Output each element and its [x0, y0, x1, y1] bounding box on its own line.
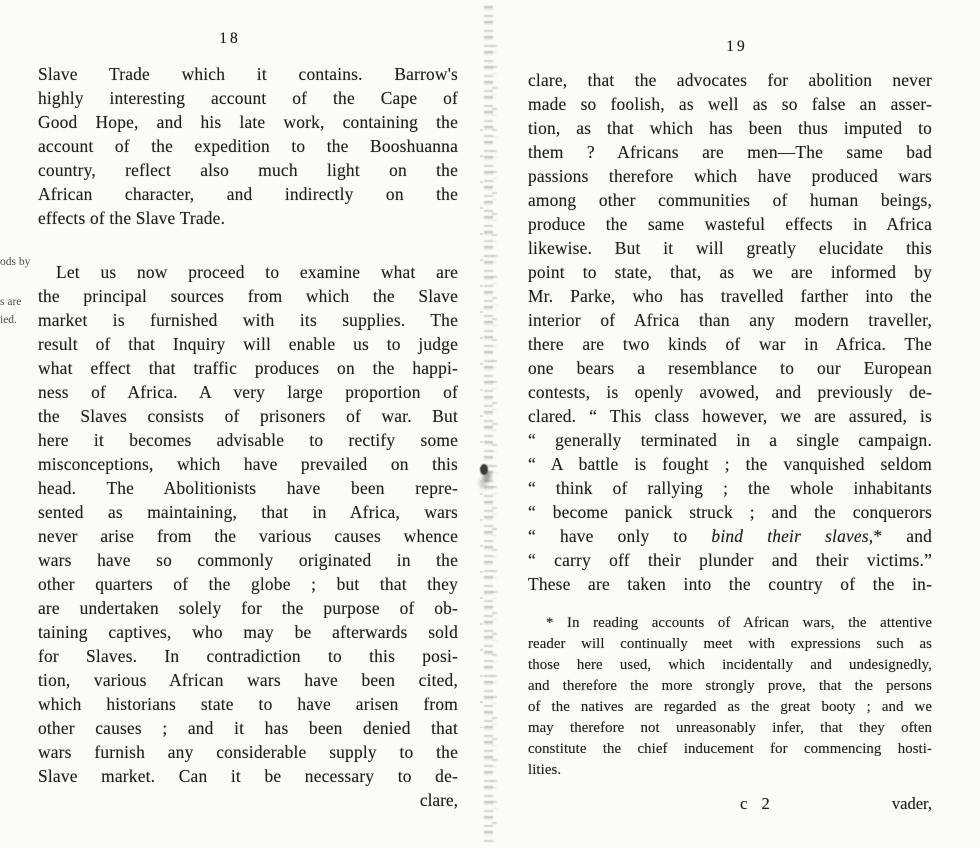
- text-line: wars furnish any considerable supply to …: [38, 740, 458, 764]
- text-line: other quarters of the globe ; but that t…: [38, 572, 458, 596]
- text-run: clare, that the advocates for abolition …: [528, 70, 932, 90]
- text-line: those here used, which incidentally and …: [528, 655, 932, 676]
- text-line: Good Hope, and his late work, containing…: [38, 110, 458, 134]
- text-run: the principal sources from which the Sla…: [38, 286, 458, 306]
- text-line: African character, and indirectly on the: [38, 182, 458, 206]
- text-run: constitute the chief inducement for comm…: [528, 741, 932, 757]
- text-run: those here used, which incidentally and …: [528, 657, 932, 673]
- text-line: for Slaves. In contradiction to this pos…: [38, 644, 458, 668]
- page-number-right: 19: [535, 36, 939, 58]
- text-line: * In reading accounts of African wars, t…: [528, 613, 932, 634]
- text-run: ,* and: [869, 526, 932, 546]
- text-run: for Slaves. In contradiction to this pos…: [38, 646, 458, 666]
- bottom-row: c 2 vader,: [528, 793, 932, 815]
- left-paragraph-1: Slave Trade which it contains. Barrow'sh…: [38, 62, 458, 230]
- catchword-right: vader,: [892, 793, 932, 815]
- text-line: produce the same wasteful effects in Afr…: [528, 212, 932, 236]
- text-line: of the natives are regarded as the great…: [528, 697, 932, 718]
- text-run: head. The Abolitionists have been repre-: [38, 478, 458, 498]
- text-line: the Slaves consists of prisoners of war.…: [38, 404, 458, 428]
- text-line: market is furnished with its supplies. T…: [38, 308, 458, 332]
- text-run: country, reflect also much light on the: [38, 160, 458, 180]
- text-run: never arise from the various causes when…: [38, 526, 458, 546]
- text-run: may therefore not unreasonably infer, th…: [528, 720, 932, 736]
- left-paragraph-2: Let us now proceed to examine what areth…: [38, 260, 458, 788]
- text-run: likewise. But it will greatly elucidate …: [528, 238, 932, 258]
- catchword-left: clare,: [38, 788, 458, 812]
- signature-mark: c 2: [740, 793, 775, 815]
- text-run: one bears a resemblance to our European: [528, 358, 932, 378]
- text-line: Mr. Parke, who has travelled farther int…: [528, 284, 932, 308]
- text-run: contests, is openly avowed, and previous…: [528, 382, 932, 402]
- text-line: effects of the Slave Trade.: [38, 206, 458, 230]
- text-run: wars furnish any considerable supply to …: [38, 742, 458, 762]
- text-line: constitute the chief inducement for comm…: [528, 739, 932, 760]
- text-run: result of that Inquiry will enable us to…: [38, 334, 458, 354]
- text-line: other causes ; and it has been denied th…: [38, 716, 458, 740]
- text-run: the Slaves consists of prisoners of war.…: [38, 406, 458, 426]
- text-run: them ? Africans are men—The same bad: [528, 142, 932, 162]
- text-run: of the natives are regarded as the great…: [528, 699, 932, 715]
- left-page: 18 Slave Trade which it contains. Barrow…: [38, 28, 458, 812]
- text-line: misconceptions, which have prevailed on …: [38, 452, 458, 476]
- text-run: here it becomes advisable to rectify som…: [38, 430, 458, 450]
- gutter-speckle-column: [484, 6, 493, 844]
- text-run: Slave market. Can it be necessary to de-: [38, 766, 458, 786]
- text-run: sented as maintaining, that in Africa, w…: [38, 502, 458, 522]
- text-line: “ A battle is fought ; the vanquished se…: [528, 452, 932, 476]
- text-line: among other communities of human beings,: [528, 188, 932, 212]
- text-line: never arise from the various causes when…: [38, 524, 458, 548]
- italic-run: bind their slaves: [711, 526, 868, 546]
- text-run: These are taken into the country of the …: [528, 574, 932, 594]
- text-line: highly interesting account of the Cape o…: [38, 86, 458, 110]
- text-run: * In reading accounts of African wars, t…: [546, 615, 932, 631]
- text-run: “ have only to: [528, 526, 711, 546]
- text-line: sented as maintaining, that in Africa, w…: [38, 500, 458, 524]
- text-run: reader will continually meet with expres…: [528, 636, 932, 652]
- text-run: clared. “ This class however, we are ass…: [528, 406, 932, 426]
- text-line: tion, various African wars have been cit…: [38, 668, 458, 692]
- text-line: Slave Trade which it contains. Barrow's: [38, 62, 458, 86]
- text-line: are undertaken solely for the purpose of…: [38, 596, 458, 620]
- text-line: and therefore the more strongly prove, t…: [528, 676, 932, 697]
- right-page: 19 clare, that the advocates for aboliti…: [528, 36, 932, 815]
- text-run: “ become panick struck ; and the conquer…: [528, 502, 932, 522]
- text-run: what effect that traffic produces on the…: [38, 358, 458, 378]
- text-run: among other communities of human beings,: [528, 190, 932, 210]
- text-line: Slave market. Can it be necessary to de-: [38, 764, 458, 788]
- text-line: there are two kinds of war in Africa. Th…: [528, 332, 932, 356]
- text-run: lities.: [528, 762, 561, 778]
- text-line: made so foolish, as well as so false an …: [528, 92, 932, 116]
- text-run: other quarters of the globe ; but that t…: [38, 574, 458, 594]
- margin-note-fragment: s are: [0, 296, 21, 309]
- text-run: point to state, that, as we are informed…: [528, 262, 932, 282]
- text-line: likewise. But it will greatly elucidate …: [528, 236, 932, 260]
- book-binding-gutter: [477, 0, 503, 848]
- text-run: made so foolish, as well as so false an …: [528, 94, 932, 114]
- text-line: “ have only to bind their slaves,* and: [528, 524, 932, 548]
- text-line: ness of Africa. A very large proportion …: [38, 380, 458, 404]
- text-run: wars have so commonly originated in the: [38, 550, 458, 570]
- text-run: passions therefore which have produced w…: [528, 166, 932, 186]
- text-line: what effect that traffic produces on the…: [38, 356, 458, 380]
- text-run: market is furnished with its supplies. T…: [38, 310, 458, 330]
- text-line: the principal sources from which the Sla…: [38, 284, 458, 308]
- text-run: account of the expedition to the Booshua…: [38, 136, 458, 156]
- text-run: ness of Africa. A very large proportion …: [38, 382, 458, 402]
- text-run: Slave Trade which it contains. Barrow's: [38, 64, 458, 84]
- text-run: Good Hope, and his late work, containing…: [38, 112, 458, 132]
- margin-note-fragment: ods by: [0, 256, 30, 269]
- text-line: wars have so commonly originated in the: [38, 548, 458, 572]
- text-line: Let us now proceed to examine what are: [38, 260, 458, 284]
- text-line: clare, that the advocates for abolition …: [528, 68, 932, 92]
- text-run: which historians state to have arisen fr…: [38, 694, 458, 714]
- text-line: country, reflect also much light on the: [38, 158, 458, 182]
- text-line: one bears a resemblance to our European: [528, 356, 932, 380]
- text-line: here it becomes advisable to rectify som…: [38, 428, 458, 452]
- gutter-speckle-column: [492, 40, 497, 828]
- text-line: passions therefore which have produced w…: [528, 164, 932, 188]
- text-line: These are taken into the country of the …: [528, 572, 932, 596]
- gutter-speckle-column: [480, 120, 483, 728]
- text-run: “ think of rallying ; the whole inhabita…: [528, 478, 932, 498]
- text-run: “ generally terminated in a single campa…: [528, 430, 932, 450]
- text-run: other causes ; and it has been denied th…: [38, 718, 458, 738]
- text-line: “ become panick struck ; and the conquer…: [528, 500, 932, 524]
- text-run: tion, various African wars have been cit…: [38, 670, 458, 690]
- text-run: Mr. Parke, who has travelled farther int…: [528, 286, 932, 306]
- text-line: may therefore not unreasonably infer, th…: [528, 718, 932, 739]
- text-line: tion, as that which has been thus impute…: [528, 116, 932, 140]
- text-line: result of that Inquiry will enable us to…: [38, 332, 458, 356]
- text-run: African character, and indirectly on the: [38, 184, 458, 204]
- text-run: highly interesting account of the Cape o…: [38, 88, 458, 108]
- text-run: tion, as that which has been thus impute…: [528, 118, 932, 138]
- text-run: Let us now proceed to examine what are: [56, 262, 458, 282]
- text-line: “ carry off their plunder and their vict…: [528, 548, 932, 572]
- page-number-left: 18: [20, 28, 440, 50]
- right-main-text: clare, that the advocates for abolition …: [528, 68, 932, 596]
- text-line: clared. “ This class however, we are ass…: [528, 404, 932, 428]
- text-run: taining captives, who may be afterwards …: [38, 622, 458, 642]
- margin-note-fragment: ied.: [0, 314, 17, 327]
- text-line: which historians state to have arisen fr…: [38, 692, 458, 716]
- gutter-ink-blot: [480, 464, 488, 475]
- text-run: and therefore the more strongly prove, t…: [528, 678, 932, 694]
- text-run: “ carry off their plunder and their vict…: [528, 550, 932, 570]
- text-run: produce the same wasteful effects in Afr…: [528, 214, 932, 234]
- text-run: are undertaken solely for the purpose of…: [38, 598, 458, 618]
- text-run: there are two kinds of war in Africa. Th…: [528, 334, 932, 354]
- footnote-block: * In reading accounts of African wars, t…: [528, 613, 932, 781]
- text-line: interior of Africa than any modern trave…: [528, 308, 932, 332]
- text-run: misconceptions, which have prevailed on …: [38, 454, 458, 474]
- text-line: them ? Africans are men—The same bad: [528, 140, 932, 164]
- text-line: head. The Abolitionists have been repre-: [38, 476, 458, 500]
- text-line: lities.: [528, 760, 932, 781]
- text-run: interior of Africa than any modern trave…: [528, 310, 932, 330]
- text-line: point to state, that, as we are informed…: [528, 260, 932, 284]
- text-line: taining captives, who may be afterwards …: [38, 620, 458, 644]
- text-line: account of the expedition to the Booshua…: [38, 134, 458, 158]
- text-line: reader will continually meet with expres…: [528, 634, 932, 655]
- text-run: effects of the Slave Trade.: [38, 208, 225, 228]
- text-line: “ generally terminated in a single campa…: [528, 428, 932, 452]
- text-run: “ A battle is fought ; the vanquished se…: [528, 454, 932, 474]
- text-line: “ think of rallying ; the whole inhabita…: [528, 476, 932, 500]
- text-line: contests, is openly avowed, and previous…: [528, 380, 932, 404]
